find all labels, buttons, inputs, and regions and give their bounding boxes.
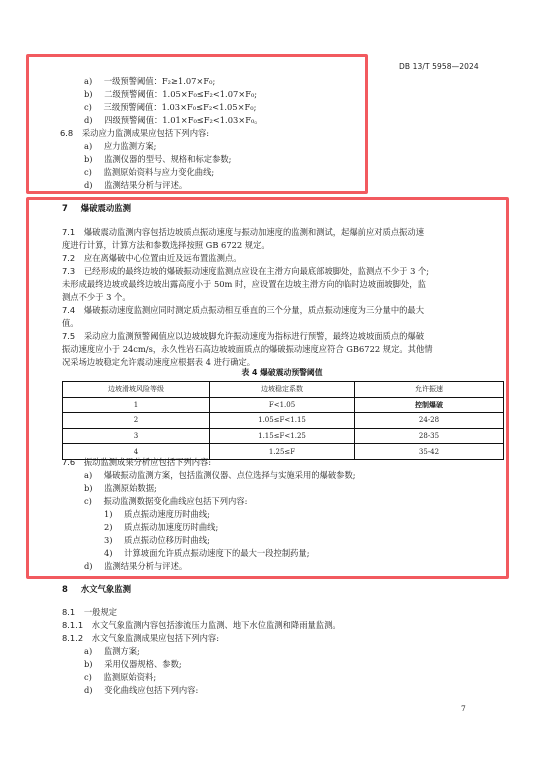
clause-7-3-cont: 未形成最终边坡或最终边坡出露高度小于 50m 时，应设置在边坡主滑方向的临时边坡… <box>62 278 426 290</box>
list-item: c) 监测原始资料; <box>84 671 156 683</box>
clause-number: 7.3 <box>62 266 75 276</box>
clause-text: 水文气象监测成果应包括下列内容: <box>92 633 219 643</box>
clause-text: 爆破振动速度监测应同时测定质点振动相互垂直的三个分量，质点振动速度为三分量中的最… <box>84 305 424 315</box>
clause-number: 8.1 <box>62 607 75 617</box>
list-item: b) 二级预警阈值：1.05×F₀≤F₂<1.07×F₀; <box>84 88 257 100</box>
table-cell: 2 <box>63 413 210 429</box>
column-header: 边坡稳定系数 <box>210 382 355 398</box>
table-cell: F<1.05 <box>210 397 355 413</box>
list-text: 监测原始数据; <box>104 483 157 493</box>
list-marker: d) <box>84 561 93 571</box>
list-marker: d) <box>84 115 93 125</box>
list-item: d) 监测结果分析与评述。 <box>84 560 187 572</box>
list-text: 质点振动加速度历时曲线; <box>124 522 218 532</box>
table-cell: 24-28 <box>355 413 504 429</box>
clause-7-4: 7.4 爆破振动速度监测应同时测定质点振动相互垂直的三个分量，质点振动速度为三分… <box>62 304 424 316</box>
clause-7-2: 7.2 应在离爆破中心位置由近及远布置监测点。 <box>62 252 242 264</box>
clause-text: 振动监测成果分析应包括下列内容: <box>84 457 211 467</box>
list-item: b) 监测仪器的型号、规格和标定参数; <box>84 153 231 165</box>
clause-number: 8.1.1 <box>62 620 83 630</box>
list-text: 变化曲线应包括下列内容: <box>104 685 198 695</box>
list-item: c) 振动监测数据变化曲线应包括下列内容: <box>84 495 247 507</box>
list-item: a) 爆破振动监测方案，包括监测仪器、点位选择与实施采用的爆破参数; <box>84 469 356 481</box>
list-text: 监测结果分析与评述。 <box>104 180 187 190</box>
list-item: a) 一级预警阈值：F₂≥1.07×F₀; <box>84 75 215 87</box>
list-marker: a) <box>84 141 92 151</box>
list-marker: 4) <box>104 548 113 558</box>
clause-6-8: 6.8 采动应力监测成果应包括下列内容: <box>60 127 209 139</box>
clause-text: 应在离爆破中心位置由近及远布置监测点。 <box>84 253 242 263</box>
list-marker: b) <box>84 483 93 493</box>
list-text: 四级预警阈值：1.01×F₀≤F₂<1.03×F₀。 <box>104 115 262 125</box>
list-text: 二级预警阈值：1.05×F₀≤F₂<1.07×F₀; <box>104 89 257 99</box>
table-title: 表 4 爆破震动预警阈值 <box>0 367 540 378</box>
list-marker: c) <box>84 496 92 506</box>
list-marker: d) <box>84 180 93 190</box>
list-text: 三级预警阈值：1.03×F₀≤F₂<1.05×F₀; <box>104 102 257 112</box>
clause-number: 7.5 <box>62 331 75 341</box>
table-cell: 1 <box>63 397 210 413</box>
table-header-row: 边坡滑坡风险等级 边坡稳定系数 允许振速 <box>63 382 504 398</box>
list-marker: b) <box>84 154 93 164</box>
list-text: 计算坡面允许质点振动速度下的最大一段控制药量; <box>124 548 309 558</box>
list-marker: d) <box>84 685 93 695</box>
heading-text: 爆破震动监测 <box>81 203 131 213</box>
clause-text: 采动应力监测预警阈值应以边坡坡脚允许振动速度为指标进行预警，最终边坡坡面质点的爆… <box>84 331 424 341</box>
list-text: 监测原始资料; <box>104 672 157 682</box>
section-heading-8: 8 水文气象监测 <box>62 583 131 595</box>
table-cell: 控制爆破 <box>355 397 504 413</box>
list-marker: a) <box>84 76 92 86</box>
list-item: d) 监测结果分析与评述。 <box>84 179 187 191</box>
table-cell: 1.15≤F<1.25 <box>210 428 355 444</box>
heading-text: 水文气象监测 <box>81 584 131 594</box>
list-marker: c) <box>84 167 92 177</box>
document-page: DB 13/T 5958—2024 a) 一级预警阈值：F₂≥1.07×F₀; … <box>0 0 540 759</box>
heading-number: 7 <box>62 203 68 213</box>
sub-list-item: 3) 质点振动位移历时曲线; <box>104 534 210 546</box>
list-item: a) 应力监测方案; <box>84 140 156 152</box>
list-text: 应力监测方案; <box>104 141 157 151</box>
list-marker: 1) <box>104 509 113 519</box>
table-row: 1 F<1.05 控制爆破 <box>63 397 504 413</box>
clause-number: 6.8 <box>60 128 73 138</box>
clause-text: 水文气象监测内容包括渗流压力监测、地下水位监测和降雨量监测。 <box>92 620 341 630</box>
page-number: 7 <box>461 704 466 713</box>
list-text: 一级预警阈值：F₂≥1.07×F₀; <box>104 76 215 86</box>
table-row: 2 1.05≤F<1.15 24-28 <box>63 413 504 429</box>
list-marker: c) <box>84 672 92 682</box>
table-row: 3 1.15≤F<1.25 28-35 <box>63 428 504 444</box>
table-cell: 3 <box>63 428 210 444</box>
list-marker: a) <box>84 646 92 656</box>
clause-8-1-1: 8.1.1 水文气象监测内容包括渗流压力监测、地下水位监测和降雨量监测。 <box>62 619 341 631</box>
clause-7-3: 7.3 已经形成的最终边坡的爆破振动速度监测点应设在主滑方向最底部坡脚处，监测点… <box>62 265 429 277</box>
table-cell: 28-35 <box>355 428 504 444</box>
list-item: d) 变化曲线应包括下列内容: <box>84 684 198 696</box>
sub-list-item: 4) 计算坡面允许质点振动速度下的最大一段控制药量; <box>104 547 310 559</box>
clause-8-1: 8.1 一般规定 <box>62 606 117 618</box>
clause-text: 采动应力监测成果应包括下列内容: <box>82 128 209 138</box>
list-item: c) 三级预警阈值：1.03×F₀≤F₂<1.05×F₀; <box>84 101 256 113</box>
list-text: 监测原始资料与应力变化曲线; <box>104 167 215 177</box>
clause-text: 已经形成的最终边坡的爆破振动速度监测点应设在主滑方向最底部坡脚处，监测点不少于 … <box>84 266 429 276</box>
clause-7-3-cont: 测点不少于 3 个。 <box>62 291 131 303</box>
clause-number: 7.6 <box>62 457 75 467</box>
clause-7-6: 7.6 振动监测成果分析应包括下列内容: <box>62 456 211 468</box>
clause-number: 7.4 <box>62 305 75 315</box>
list-text: 振动监测数据变化曲线应包括下列内容: <box>104 496 248 506</box>
table-cell: 1.25≤F <box>210 444 355 460</box>
list-item: b) 采用仪器规格、参数; <box>84 658 182 670</box>
list-text: 质点振动速度历时曲线; <box>124 509 210 519</box>
clause-text: 爆破震动监测内容包括边坡质点振动速度与振动加速度的监测和测试，起爆前应对质点振动… <box>84 227 424 237</box>
list-marker: b) <box>84 89 93 99</box>
clause-8-1-2: 8.1.2 水文气象监测成果应包括下列内容: <box>62 632 219 644</box>
list-text: 监测结果分析与评述。 <box>104 561 187 571</box>
column-header: 边坡滑坡风险等级 <box>63 382 210 398</box>
sub-list-item: 2) 质点振动加速度历时曲线; <box>104 521 218 533</box>
list-item: a) 监测方案; <box>84 645 140 657</box>
clause-7-5: 7.5 采动应力监测预警阈值应以边坡坡脚允许振动速度为指标进行预警，最终边坡坡面… <box>62 330 424 342</box>
list-marker: c) <box>84 102 92 112</box>
clause-number: 7.1 <box>62 227 75 237</box>
list-text: 质点振动位移历时曲线; <box>124 535 210 545</box>
table-cell: 1.05≤F<1.15 <box>210 413 355 429</box>
clause-7-5-cont: 振动速度应小于 24cm/s，永久性岩石高边坡坡面质点的爆破振动速度应符合 GB… <box>62 343 433 355</box>
clause-7-1-cont: 度进行计算，计算方法和参数选择按照 GB 6722 规定。 <box>62 239 270 251</box>
list-text: 监测仪器的型号、规格和标定参数; <box>104 154 231 164</box>
section-heading-7: 7 爆破震动监测 <box>62 202 131 214</box>
clause-text: 一般规定 <box>84 607 117 617</box>
clause-7-4-cont: 值。 <box>62 317 79 329</box>
table-cell: 35-42 <box>355 444 504 460</box>
list-marker: a) <box>84 470 92 480</box>
list-text: 采用仪器规格、参数; <box>104 659 181 669</box>
list-item: c) 监测原始资料与应力变化曲线; <box>84 166 214 178</box>
clause-7-1: 7.1 爆破震动监测内容包括边坡质点振动速度与振动加速度的监测和测试，起爆前应对… <box>62 226 424 238</box>
heading-number: 8 <box>62 584 68 594</box>
document-code: DB 13/T 5958—2024 <box>399 62 479 71</box>
table-4: 边坡滑坡风险等级 边坡稳定系数 允许振速 1 F<1.05 控制爆破 2 1.0… <box>62 381 504 460</box>
list-item: d) 四级预警阈值：1.01×F₀≤F₂<1.03×F₀。 <box>84 114 263 126</box>
list-text: 监测方案; <box>104 646 140 656</box>
list-item: b) 监测原始数据; <box>84 482 157 494</box>
list-marker: 2) <box>104 522 113 532</box>
clause-number: 8.1.2 <box>62 633 83 643</box>
list-marker: 3) <box>104 535 113 545</box>
list-text: 爆破振动监测方案，包括监测仪器、点位选择与实施采用的爆破参数; <box>104 470 356 480</box>
list-marker: b) <box>84 659 93 669</box>
sub-list-item: 1) 质点振动速度历时曲线; <box>104 508 210 520</box>
clause-number: 7.2 <box>62 253 75 263</box>
column-header: 允许振速 <box>355 382 504 398</box>
